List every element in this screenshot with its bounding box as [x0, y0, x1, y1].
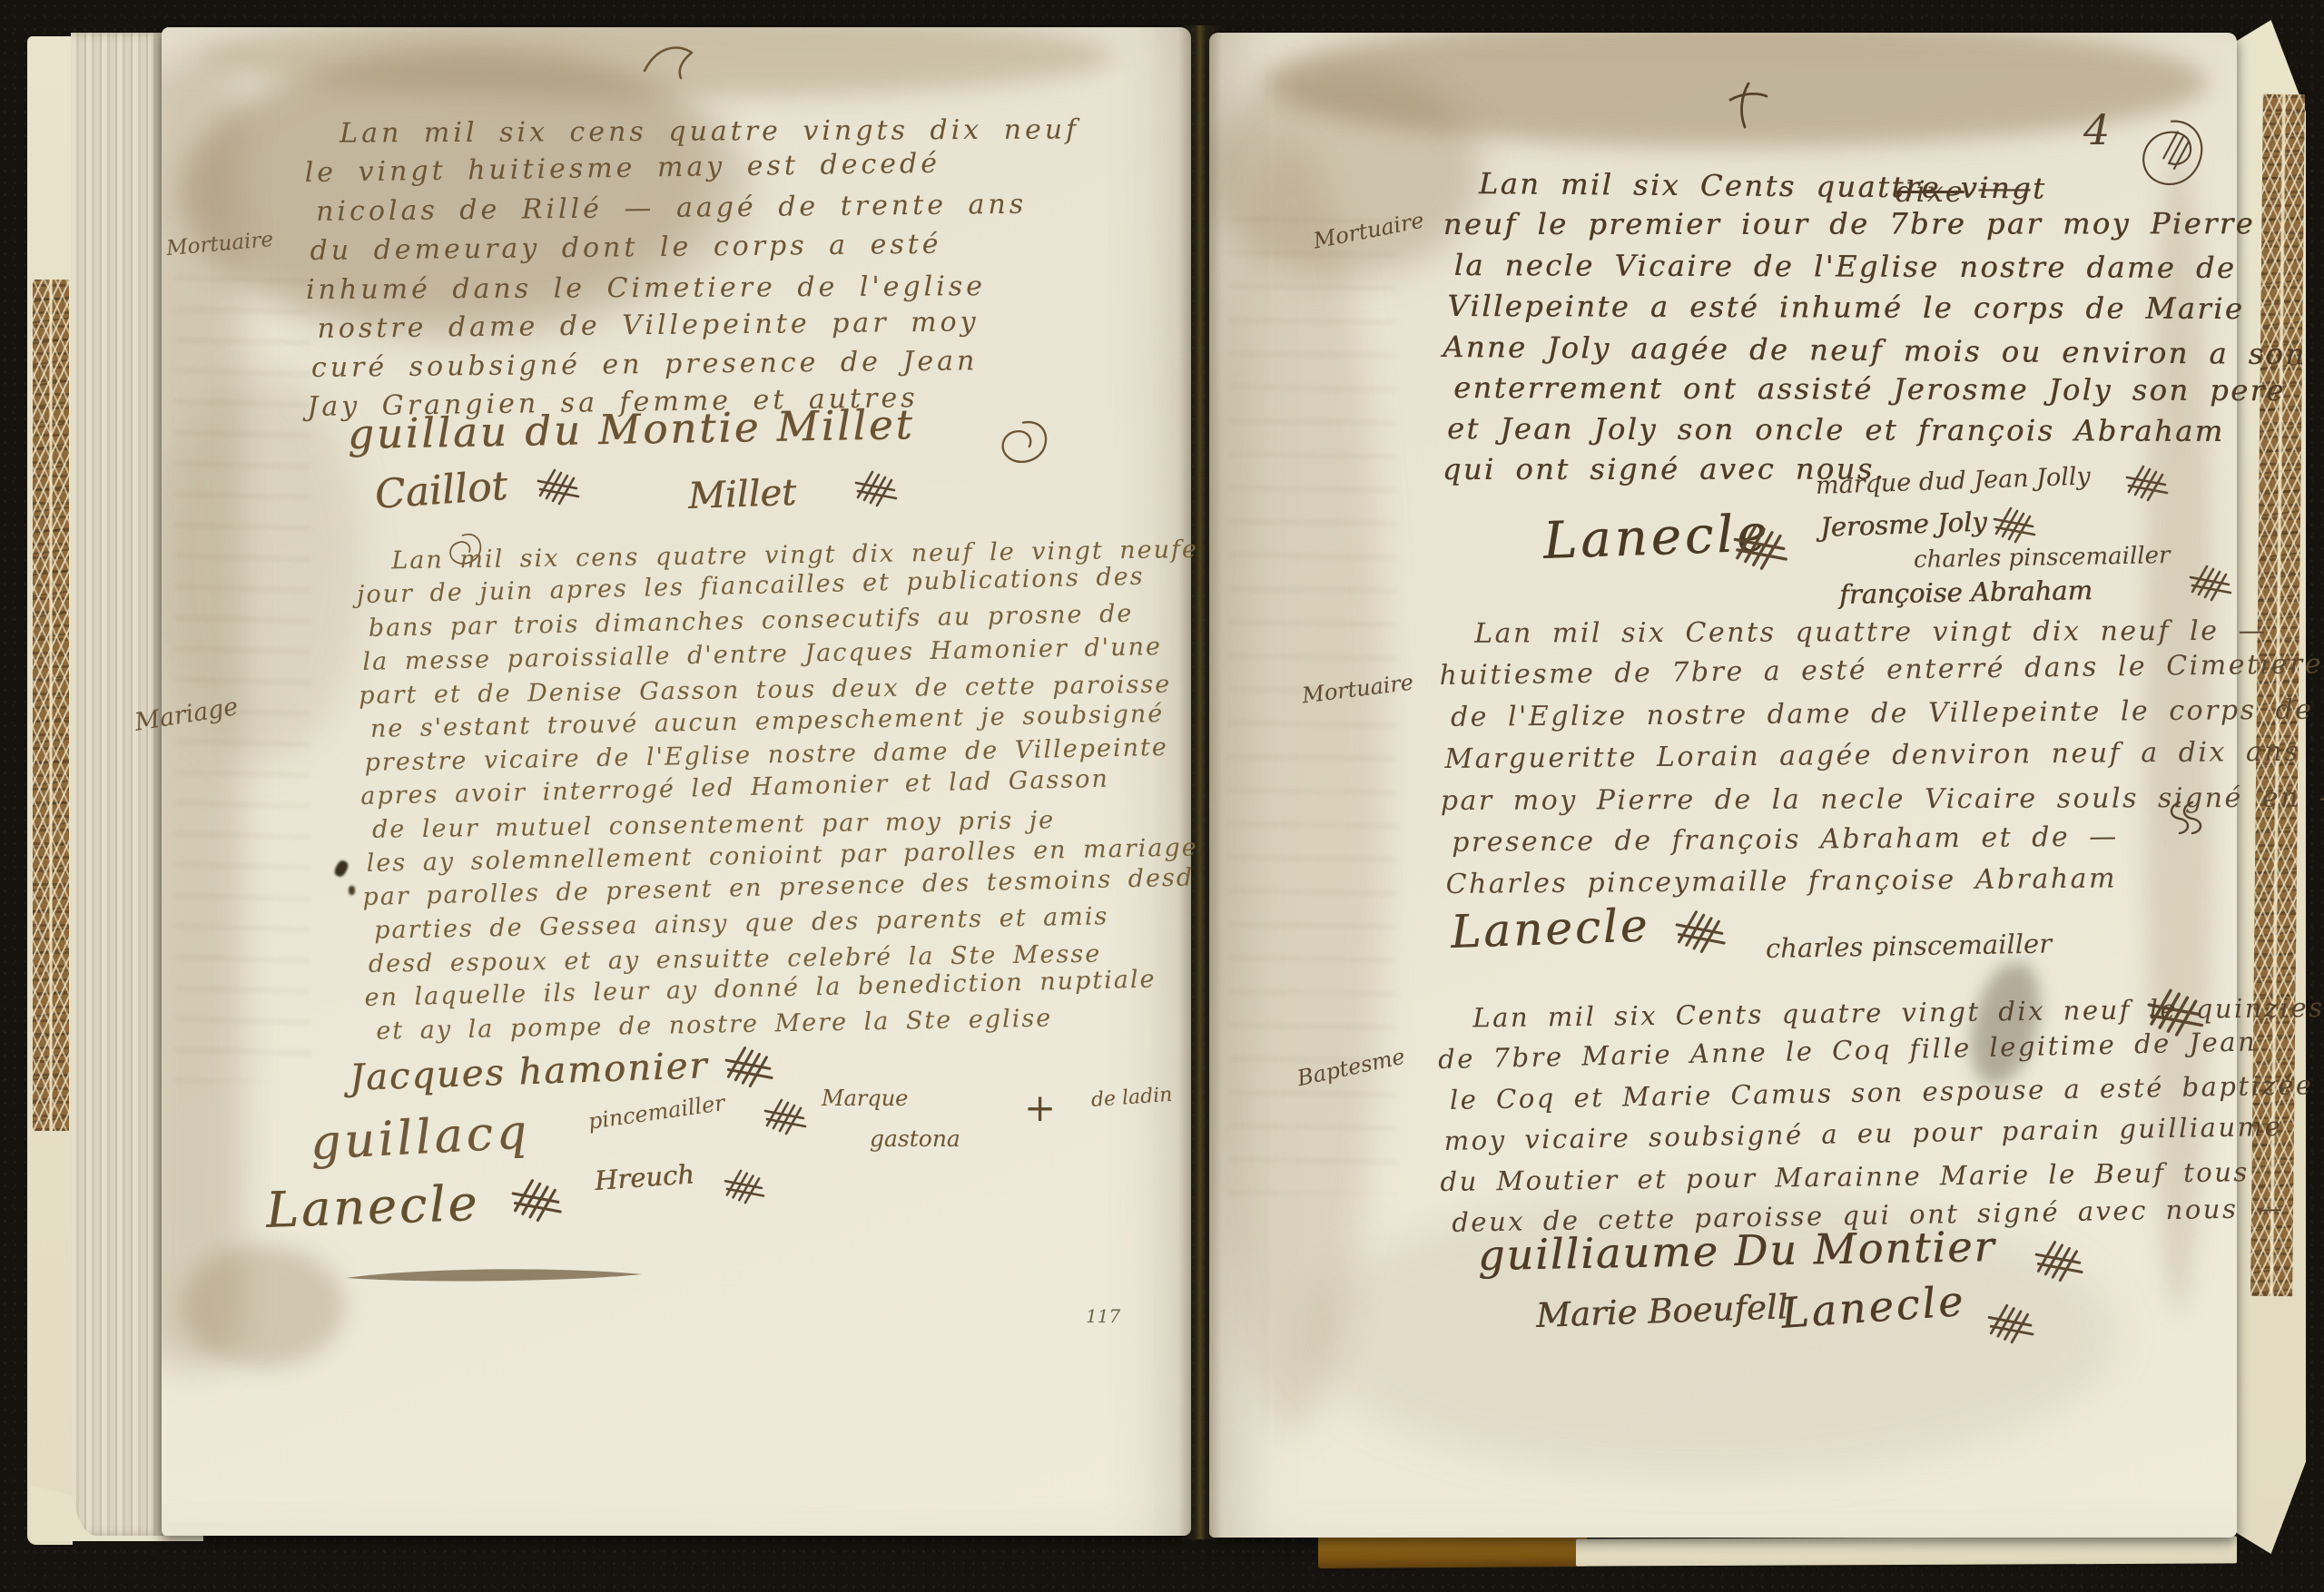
- page-stack-left-edge: [71, 33, 163, 1536]
- folio-number: 117: [1086, 1305, 1120, 1327]
- signature-lanecle-right-2: Lanecle: [1450, 899, 1650, 958]
- paraph-flourish: [1672, 908, 1727, 955]
- book-gutter: [1178, 25, 1222, 1539]
- manuscript-line: la necle Vicaire de l'Eglise nostre dame…: [1454, 245, 2247, 289]
- signature-guillau-du-montie-millet: guillau du Montie Millet: [348, 400, 916, 458]
- signature-charles-pinscemailler-1: charles pinscemailler: [1914, 542, 2171, 574]
- entry-right-mortuaire-1: Lan mil six Cents quattre vingtneuf le p…: [1447, 163, 2247, 493]
- paraph-flourish: [722, 1167, 765, 1205]
- manuscript-line: neuf le premier iour de 7bre par moy Pie…: [1443, 203, 2247, 245]
- manuscript-line: enterrement ont assisté Jerosme Joly son…: [1453, 368, 2246, 411]
- underline-flourish-icon: [340, 1263, 649, 1287]
- paraph-flourish: [761, 1096, 808, 1136]
- signature-jerosme-joly: Jerosme Joly: [1819, 506, 1987, 543]
- manuscript-line: Margueritte Lorain aagée denviron neuf a…: [1444, 732, 2252, 781]
- paraph-flourish: [2122, 463, 2170, 503]
- manuscript-line: presence de françois Abraham et de —: [1452, 815, 2253, 864]
- manuscript-line: Villepeinte a esté inhumé le corps de Ma…: [1447, 286, 2246, 329]
- pen-flourish-icon: [635, 36, 699, 86]
- strike-dash: ——: [1977, 171, 2028, 205]
- manuscript-line: inhumé dans le Cimetiere de l'eglise: [306, 267, 1091, 310]
- signature-marque-label: Marque: [822, 1086, 908, 1111]
- manuscript-line: Charles pinceymaille françoise Abraham: [1445, 857, 2253, 906]
- entry-right-mortuaire-2: Lan mil six Cents quattre vingt dix neuf…: [1443, 606, 2254, 906]
- paraph-flourish: [722, 1044, 774, 1089]
- paraph-flourish: [852, 468, 899, 508]
- squiggle-flourish-icon: [2161, 795, 2211, 840]
- spiral-flourish-icon: [988, 410, 1059, 481]
- page-number: 4: [2083, 105, 2110, 154]
- struck-word: dixe: [1896, 174, 1965, 209]
- paraph-flourish: [508, 1176, 563, 1223]
- signature-millet: Millet: [687, 472, 797, 517]
- entry-left-mortuaire: Lan mil six cens quatre vingts dix neufl…: [309, 106, 1093, 427]
- signature-caillot: Caillot: [373, 463, 508, 518]
- ink-bleedthrough: [174, 265, 310, 1082]
- entry-right-bapteme: Lan mil six Cents quatre vingt dix neuf …: [1442, 984, 2254, 1243]
- paraph-flourish: [1984, 1302, 2035, 1345]
- manuscript-line: nicolas de Rillé — aagé de trente ans: [316, 184, 1090, 231]
- signature-francoise-abraham: françoise Abraham: [1839, 575, 2093, 610]
- spine-leather-bottom: [1318, 1533, 1587, 1568]
- signature-gastona: gastona: [870, 1125, 960, 1152]
- pen-cross-flourish-icon: [1725, 78, 1770, 133]
- paraph-flourish: [1990, 505, 2037, 545]
- ink-spot: [349, 886, 355, 895]
- paraph-flourish: [1729, 521, 1789, 572]
- entry-left-mariage: Lan mil six cens quatre vingt dix neuf l…: [360, 529, 1150, 1047]
- signature-guillacq: guillacq: [309, 1105, 531, 1171]
- ink-spot: [332, 859, 350, 879]
- signature-lanecle-left: Lanecle: [265, 1174, 480, 1239]
- cover-bottom-right-edge: [1576, 1536, 2237, 1566]
- manuscript-line: Anne Joly aagée de neuf mois ou environ …: [1443, 327, 2246, 375]
- paraph-flourish: [2186, 563, 2233, 603]
- photographed-manuscript-book: Lan mil six cens quatre vingts dix neufl…: [0, 0, 2324, 1592]
- signature-guilliaume-du-montier: guilliaume Du Montier: [1478, 1222, 1996, 1280]
- manuscript-line: et Jean Joly son oncle et françois Abrah…: [1447, 408, 2246, 452]
- manuscript-line: par moy Pierre de la necle Vicaire souls…: [1441, 778, 2253, 822]
- paraph-flourish: [534, 467, 581, 506]
- signature-charles-pinscemailler-2: charles pinscemailler: [1766, 929, 2053, 964]
- signature-cross-mark: +: [1024, 1086, 1056, 1130]
- paraph-flourish: [2032, 1238, 2084, 1283]
- manuscript-line: du demeuray dont le corps a esté: [310, 223, 1090, 270]
- aged-paper-stain: [182, 1245, 345, 1368]
- manuscript-line: de l'Eglize nostre dame de Villepeinte l…: [1451, 690, 2252, 739]
- marbled-paper-left: [33, 280, 69, 1131]
